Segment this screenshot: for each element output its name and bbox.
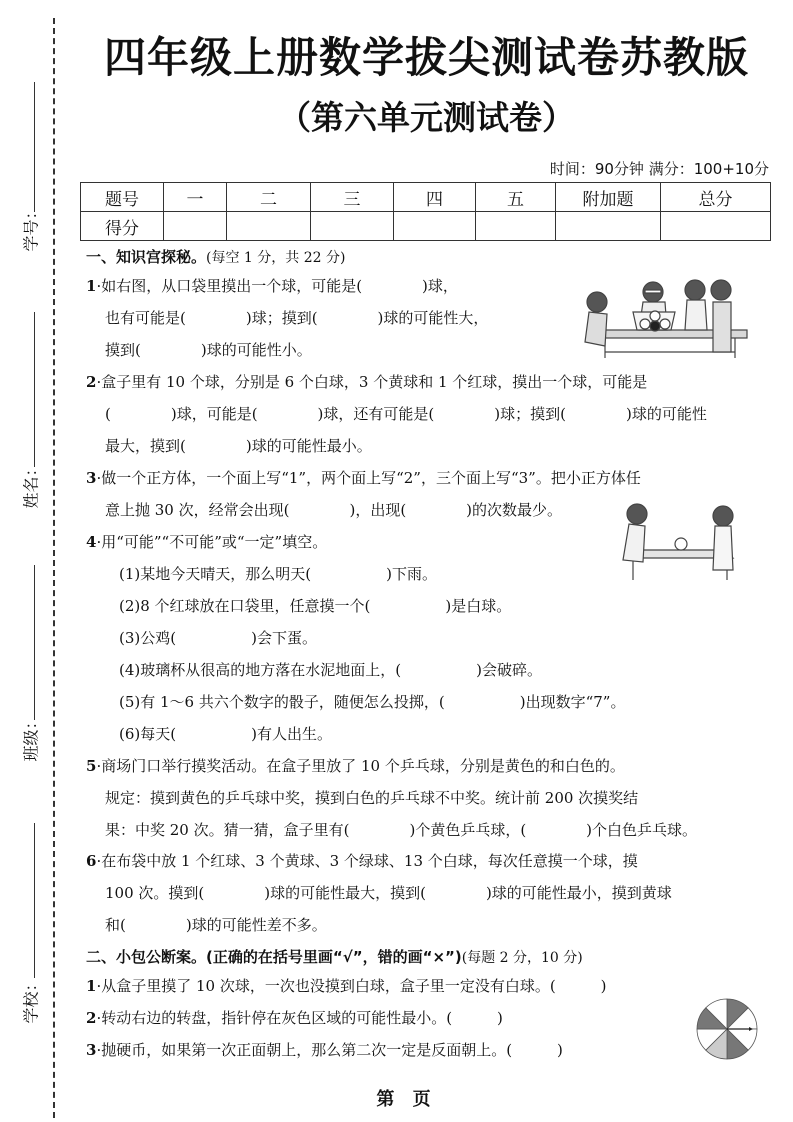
school-label: 学校： [19,1000,42,1024]
question-text: ·商场门口举行摸奖活动。在盒子里放了 10 个乒乓球，分别是黄色的和白色的。 [96,757,624,775]
question-2: 2·盒子里有 10 个球，分别是 6 个白球，3 个黄球和 1 个红球，摸出一个… [86,366,707,462]
col-header-1: 一 [164,183,227,212]
table-row-score: 得分 [81,212,771,241]
sub-question-2: (2)8 个红球放在口袋里，任意摸一个( )是白球。 [86,590,625,622]
col-header-3: 三 [311,183,394,212]
question-text: 和( )球的可能性差不多。 [86,909,672,941]
score-cell-4[interactable] [394,212,476,241]
question-6: 6·在布袋中放 1 个红球、3 个黄球、3 个绿球、13 个白球，每次任意摸一个… [86,845,672,941]
question-text: 果：中奖 20 次。猜一猜，盒子里有( )个黄色乒乓球，( )个白色乒乓球。 [86,814,697,846]
question-text: ( )球，可能是( )球，还有可能是( )球；摸到( )球的可能性 [86,398,707,430]
question-text: 也有可能是( )球；摸到( )球的可能性大， [86,302,488,334]
question-text: ·如右图，从口袋里摸出一个球，可能是( )球， [96,277,457,295]
question-text: ·转动右边的转盘，指针停在灰色区域的可能性最小。( ) [96,1009,502,1027]
sub-question-5: (5)有 1～6 共六个数字的骰子，随便怎么投掷，( )出现数字“7”。 [86,686,625,718]
student-no-label: 学号： [19,228,42,252]
sub-question-3: (3)公鸡( )会下蛋。 [86,622,625,654]
question-text: 100 次。摸到( )球的可能性最大，摸到( )球的可能性最小，摸到黄球 [86,877,672,909]
section1-heading: 一、知识宫探秘。(每空 1 分，共 22 分) [86,246,345,267]
section1-note: (每空 1 分，共 22 分) [206,250,345,266]
question-text: ·抛硬币，如果第一次正面朝上，那么第二次一定是反面朝上。( ) [96,1041,562,1059]
page-subtitle: （第六单元测试卷） [0,92,793,139]
question-number: 2 [86,373,96,391]
score-cell-total[interactable] [661,212,771,241]
name-line[interactable] [34,312,35,467]
fold-line [53,18,55,1118]
sub-question-4: (4)玻璃杯从很高的地方落在水泥地面上，( )会破碎。 [86,654,625,686]
name-label: 姓名： [19,485,42,509]
score-table: 题号 一 二 三 四 五 附加题 总分 得分 [80,182,771,241]
judge-question-list: 1·从盒子里摸了 10 次球，一次也没摸到白球，盒子里一定没有白球。( ) 2·… [86,970,607,1066]
children-bag-illustration [575,272,765,362]
question-text: ·在布袋中放 1 个红球、3 个黄球、3 个绿球、13 个白球，每次任意摸一个球… [96,852,637,870]
col-header-2: 二 [227,183,311,212]
sub-question-6: (6)每天( )有人出生。 [86,718,625,750]
question-number: 5 [86,757,96,775]
exam-meta: 时间：90分钟 满分：100+10分 [550,158,769,179]
question-3: 3·做一个正方体，一个面上写“1”，两个面上写“2”，三个面上写“3”。把小正方… [86,462,641,526]
section2-heading: 二、小包公断案。(正确的在括号里画“√”，错的画“×”)(每题 2 分，10 分… [86,946,583,967]
question-number: 6 [86,852,96,870]
question-number: 4 [86,533,96,551]
question-1: 1·如右图，从口袋里摸出一个球，可能是( )球， 也有可能是( )球；摸到( )… [86,270,488,366]
score-cell-5[interactable] [476,212,556,241]
row-header-score: 得分 [81,212,164,241]
section1-title: 一、知识宫探秘。 [86,248,206,266]
class-label: 班级： [19,738,42,762]
question-text: ·盒子里有 10 个球，分别是 6 个白球，3 个黄球和 1 个红球，摸出一个球… [96,373,647,391]
question-text: 摸到( )球的可能性小。 [86,334,488,366]
question-number: 3 [86,1041,96,1059]
question-text: 规定：摸到黄色的乒乓球中奖，摸到白色的乒乓球不中奖。统计前 200 次摸奖结 [86,782,697,814]
col-header-total: 总分 [661,183,771,212]
question-text: ·做一个正方体，一个面上写“1”，两个面上写“2”，三个面上写“3”。把小正方体… [96,469,640,487]
spinner-icon [695,997,759,1061]
page-number: 第 页 [0,1085,793,1111]
question-5: 5·商场门口举行摸奖活动。在盒子里放了 10 个乒乓球，分别是黄色的和白色的。 … [86,750,697,846]
table-row-question-no: 题号 一 二 三 四 五 附加题 总分 [81,183,771,212]
question-text: ·从盒子里摸了 10 次球，一次也没摸到白球，盒子里一定没有白球。( ) [96,977,606,995]
question-number: 3 [86,469,96,487]
question-number: 1 [86,277,96,295]
question-text: 意上抛 30 次，经常会出现( )，出现( )的次数最少。 [86,494,641,526]
question-number: 2 [86,1009,96,1027]
score-cell-2[interactable] [227,212,311,241]
page-title: 四年级上册数学拔尖测试卷苏教版 [0,25,793,85]
row-header-question: 题号 [81,183,164,212]
section2-note: (每题 2 分，10 分) [462,950,583,966]
question-4: 4·用“可能”“不可能”或“一定”填空。 (1)某地今天晴天，那么明天( )下雨… [86,526,625,750]
school-line[interactable] [34,823,35,978]
col-header-5: 五 [476,183,556,212]
score-cell-1[interactable] [164,212,227,241]
judge-question-3: 3·抛硬币，如果第一次正面朝上，那么第二次一定是反面朝上。( ) [86,1034,607,1066]
judge-question-2: 2·转动右边的转盘，指针停在灰色区域的可能性最小。( ) [86,1002,607,1034]
sub-question-1: (1)某地今天晴天，那么明天( )下雨。 [86,558,625,590]
children-table-illustration [615,500,745,585]
question-text: ·用“可能”“不可能”或“一定”填空。 [96,533,327,551]
section2-title: 二、小包公断案。(正确的在括号里画“√”，错的画“×”) [86,948,462,966]
score-cell-3[interactable] [311,212,394,241]
col-header-4: 四 [394,183,476,212]
question-text: 最大，摸到( )球的可能性最小。 [86,430,707,462]
question-number: 1 [86,977,96,995]
score-cell-bonus[interactable] [556,212,661,241]
judge-question-1: 1·从盒子里摸了 10 次球，一次也没摸到白球，盒子里一定没有白球。( ) [86,970,607,1002]
col-header-bonus: 附加题 [556,183,661,212]
class-line[interactable] [34,565,35,720]
